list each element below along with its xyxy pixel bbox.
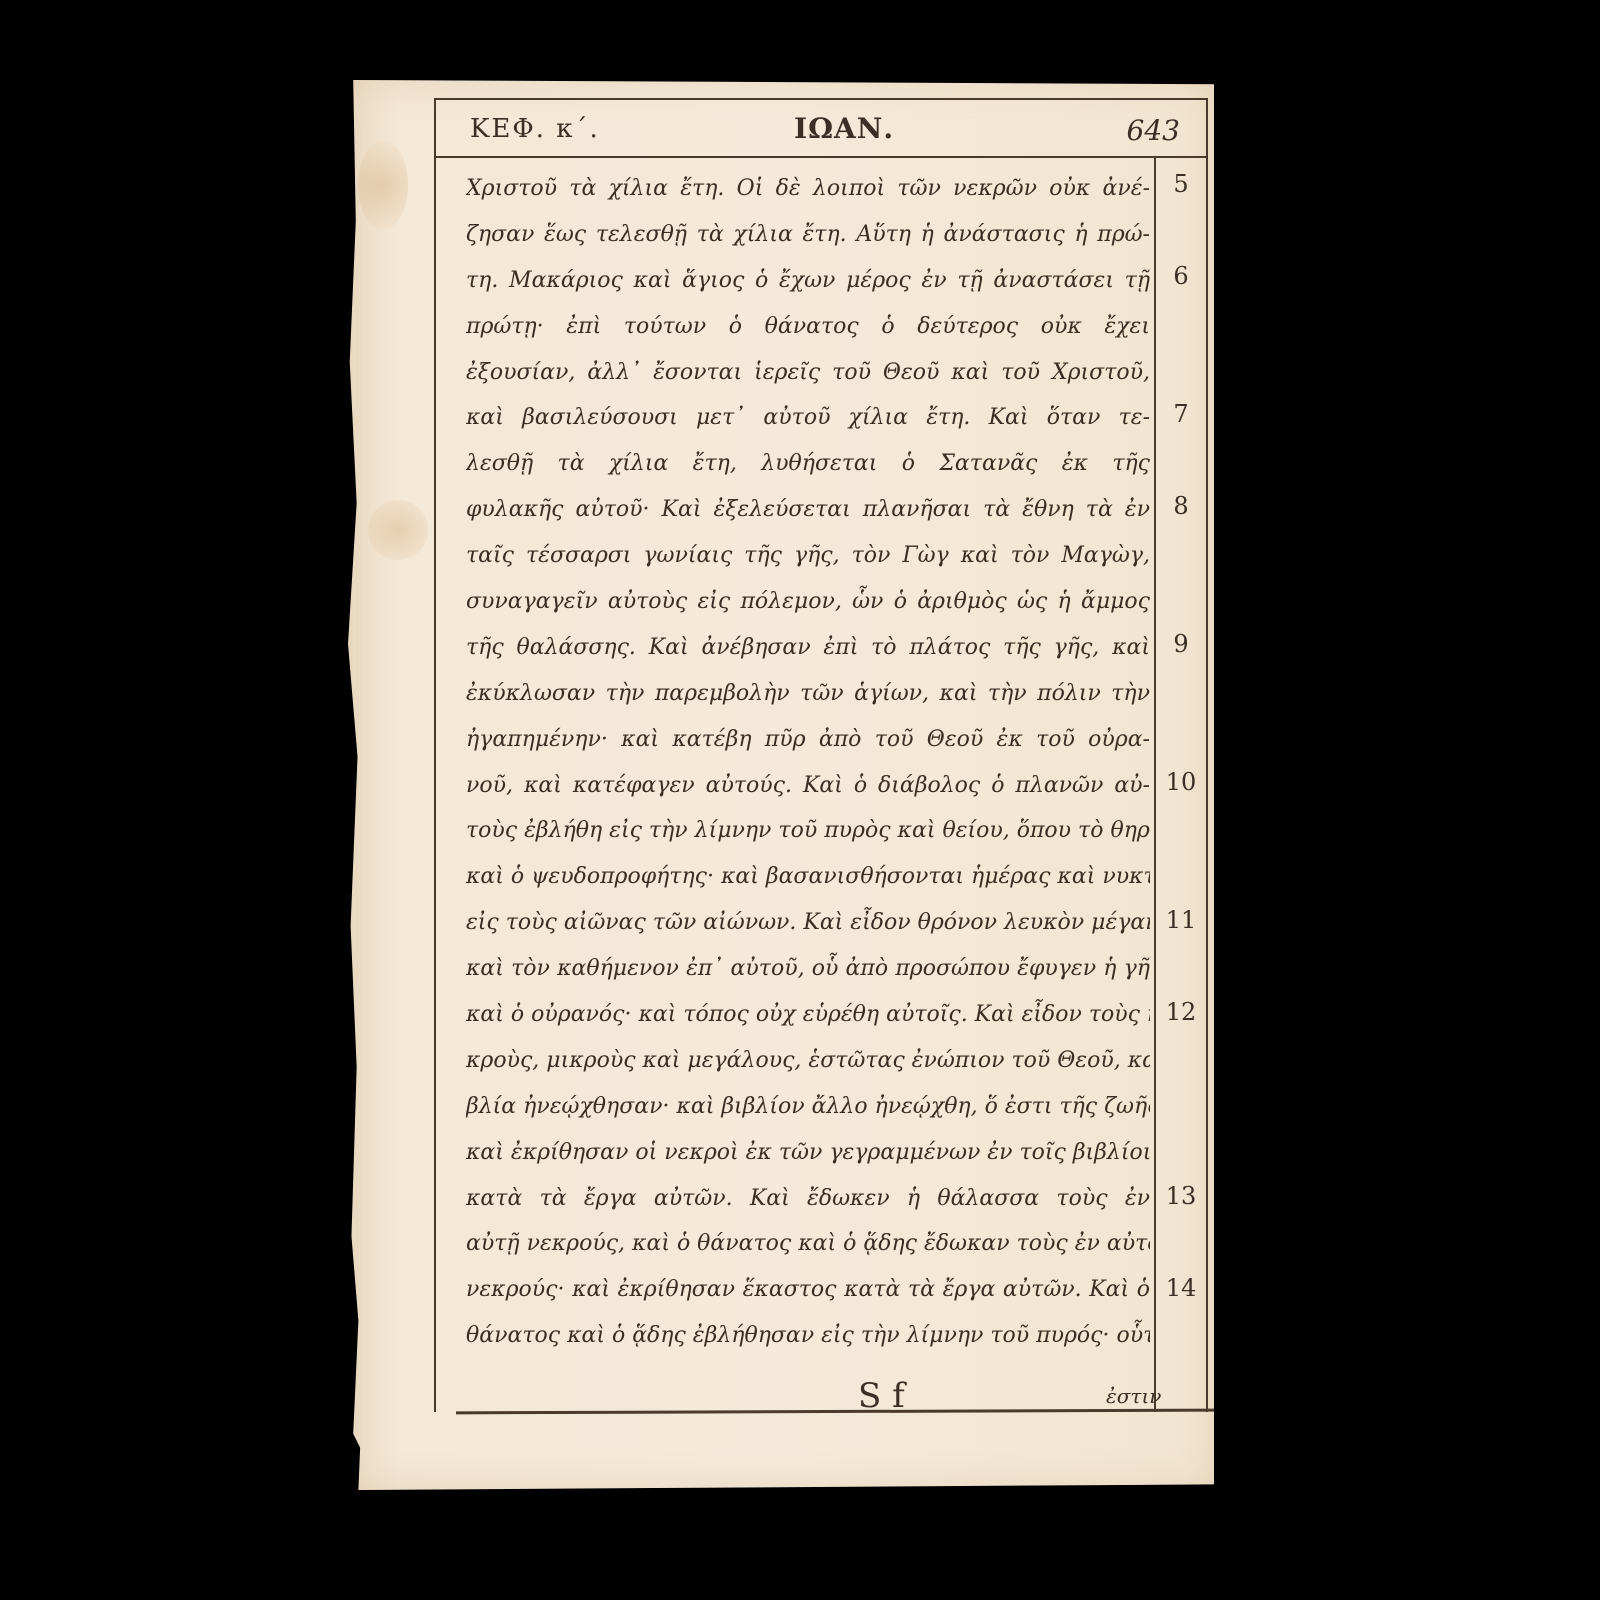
catchword: ἐστιν [1106,1384,1161,1408]
text-line: τῆς θαλάσσης. Καὶ ἀνέβησαν ἐπὶ τὸ πλάτος… [466,625,1150,671]
running-head: ΚΕΦ. κ΄. ΙΩΑΝ. 643 [436,100,1206,158]
text-line: βλία ἠνεῴχθησαν· καὶ βιβλίον ἄλλο ἠνεῴχθ… [466,1084,1150,1130]
verse-number: 14 [1156,1274,1206,1302]
book-page: ΚΕΦ. κ΄. ΙΩΑΝ. 643 Χριστοῦ τὰ χίλια ἔτη.… [348,80,1214,1490]
text-line: νοῦ, καὶ κατέφαγεν αὐτούς. Καὶ ὁ διάβολο… [466,763,1150,809]
text-line: καὶ βασιλεύσουσι μετ᾽ αὐτοῦ χίλια ἔτη. Κ… [466,395,1150,441]
text-line: θάνατος καὶ ὁ ᾅδης ἐβλήθησαν εἰς τὴν λίμ… [466,1313,1150,1359]
text-line: πρώτῃ· ἐπὶ τούτων ὁ θάνατος ὁ δεύτερος ο… [466,304,1150,350]
text-line: ζησαν ἕως τελεσθῇ τὰ χίλια ἔτη. Αὕτη ἡ ἀ… [466,212,1150,258]
text-line: αὐτῇ νεκρούς, καὶ ὁ θάνατος καὶ ὁ ᾅδης ἔ… [466,1221,1150,1267]
text-line: κατὰ τὰ ἔργα αὐτῶν. Καὶ ἔδωκεν ἡ θάλασσα… [466,1176,1150,1222]
verse-number: 6 [1156,262,1206,290]
text-line: καὶ ἐκρίθησαν οἱ νεκροὶ ἐκ τῶν γεγραμμέν… [466,1130,1150,1176]
text-line: νεκρούς· καὶ ἐκρίθησαν ἕκαστος κατὰ τὰ ἔ… [466,1267,1150,1313]
verse-number: 8 [1156,492,1206,520]
verse-number: 10 [1156,768,1206,796]
text-column: Χριστοῦ τὰ χίλια ἔτη. Οἱ δὲ λοιποὶ τῶν ν… [436,158,1156,1412]
verse-number: 7 [1156,400,1206,428]
text-line: ἐξουσίαν, ἀλλ᾽ ἔσονται ἱερεῖς τοῦ Θεοῦ κ… [466,350,1150,396]
text-line: εἰς τοὺς αἰῶνας τῶν αἰώνων. Καὶ εἶδον θρ… [466,900,1150,946]
verse-number: 11 [1156,906,1206,934]
text-line: καὶ ὁ ψευδοπροφήτης· καὶ βασανισθήσονται… [466,854,1150,900]
text-line: ταῖς τέσσαρσι γωνίαις τῆς γῆς, τὸν Γὼγ κ… [466,533,1150,579]
page-number: 643 [1127,114,1180,147]
verse-number: 12 [1156,998,1206,1026]
text-line: τη. Μακάριος καὶ ἅγιος ὁ ἔχων μέρος ἐν τ… [466,258,1150,304]
text-line: κροὺς, μικροὺς καὶ μεγάλους, ἑστῶτας ἐνώ… [466,1038,1150,1084]
text-line: συναγαγεῖν αὐτοὺς εἰς πόλεμον, ὧν ὁ ἀριθ… [466,579,1150,625]
book-title: ΙΩΑΝ. [794,112,894,145]
text-line: φυλακῆς αὐτοῦ· Καὶ ἐξελεύσεται πλανῆσαι … [466,487,1150,533]
text-line: καὶ τὸν καθήμενον ἐπ᾽ αὐτοῦ, οὗ ἀπὸ προσ… [466,946,1150,992]
foxing-stain [368,500,428,560]
text-line: καὶ ὁ οὐρανός· καὶ τόπος οὐχ εὑρέθη αὐτο… [466,992,1150,1038]
verse-number: 9 [1156,630,1206,658]
text-line: λεσθῇ τὰ χίλια ἔτη, λυθήσεται ὁ Σατανᾶς … [466,441,1150,487]
verse-number-margin: 5 6 7 8 9 10 11 12 13 14 [1156,158,1206,1412]
chapter-label: ΚΕΦ. κ΄. [470,114,600,144]
text-line: ἐκύκλωσαν τὴν παρεμβολὴν τῶν ἁγίων, καὶ … [466,671,1150,717]
foxing-stain [358,140,408,230]
verse-number: 13 [1156,1182,1206,1210]
text-line: τοὺς ἐβλήθη εἰς τὴν λίμνην τοῦ πυρὸς καὶ… [466,808,1150,854]
text-line: ἠγαπημένην· καὶ κατέβη πῦρ ἀπὸ τοῦ Θεοῦ … [466,717,1150,763]
verse-number: 5 [1156,170,1206,198]
text-lines: Χριστοῦ τὰ χίλια ἔτη. Οἱ δὲ λοιποὶ τῶν ν… [466,166,1150,1359]
text-frame: ΚΕΦ. κ΄. ΙΩΑΝ. 643 Χριστοῦ τὰ χίλια ἔτη.… [434,98,1208,1412]
text-line: Χριστοῦ τὰ χίλια ἔτη. Οἱ δὲ λοιποὶ τῶν ν… [466,166,1150,212]
